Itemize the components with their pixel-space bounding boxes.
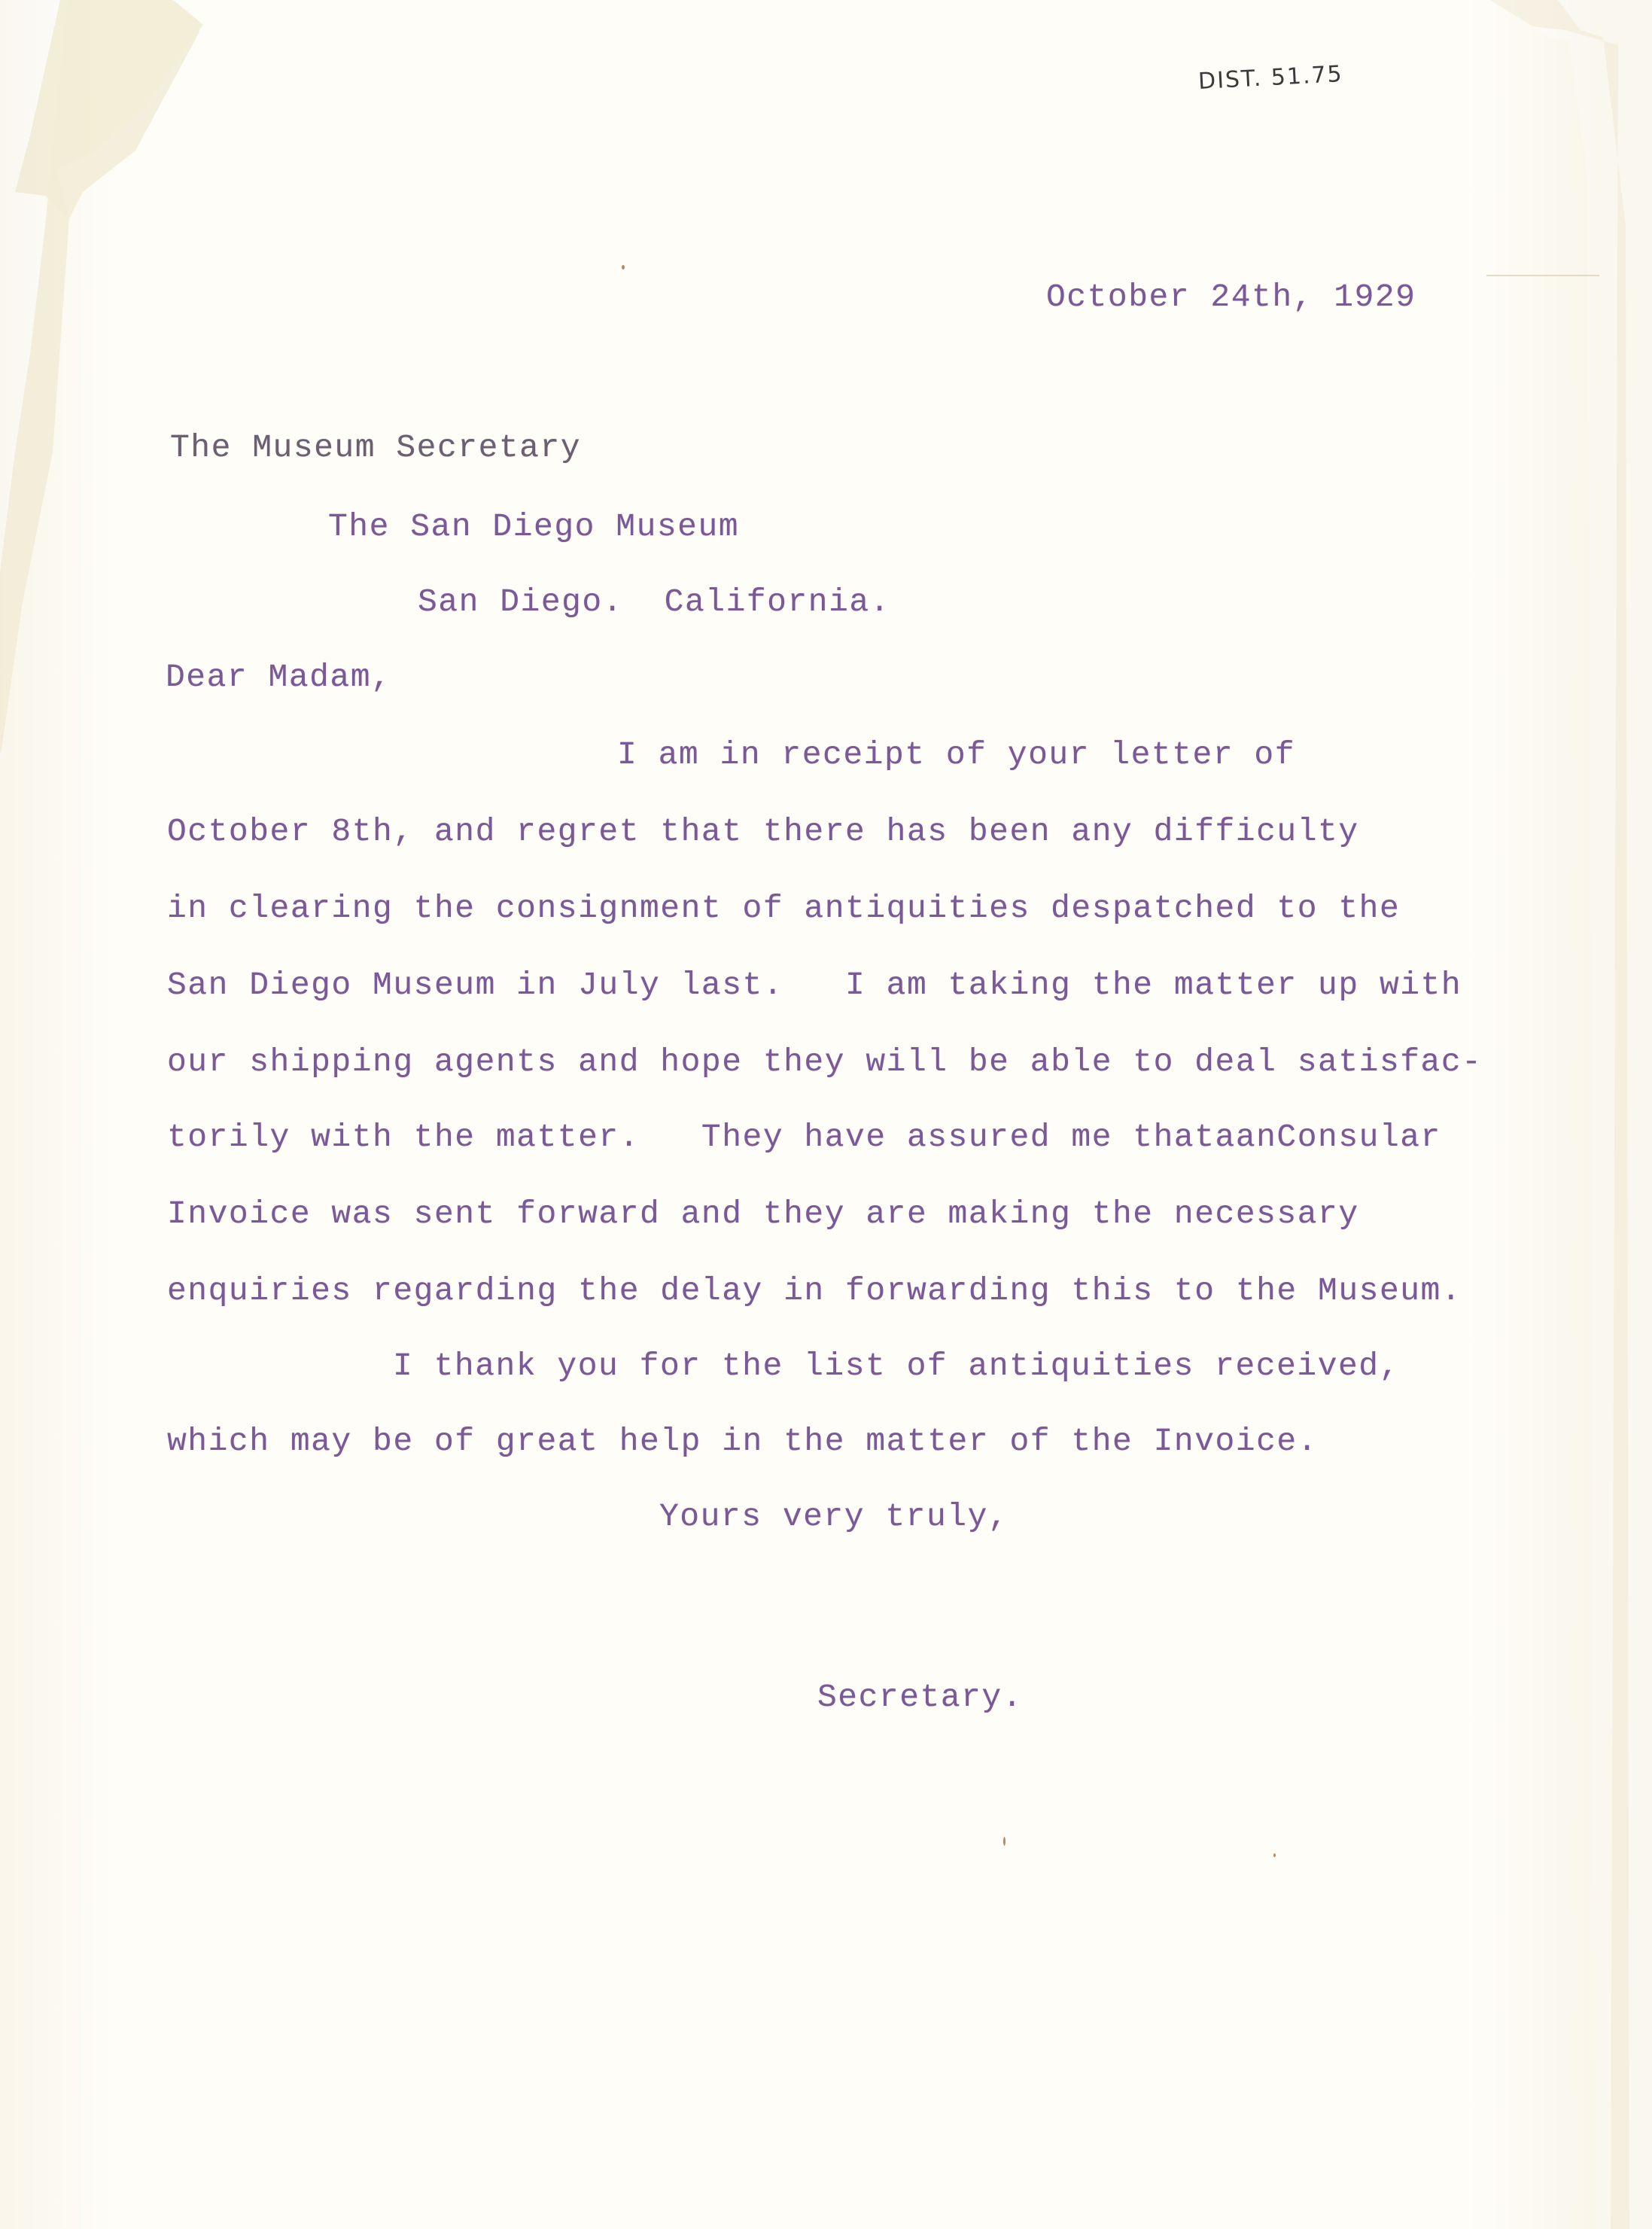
body-line: which may be of great help in the matter… [167, 1423, 1318, 1460]
recipient-line-2: The San Diego Museum [328, 508, 739, 545]
paper-speck [1273, 1853, 1276, 1857]
body-line: San Diego Museum in July last. I am taki… [167, 967, 1462, 1003]
closing: Yours very truly, [659, 1498, 1009, 1535]
body-line: I am in receipt of your letter of [617, 736, 1295, 773]
body-line: torily with the matter. They have assure… [167, 1119, 1441, 1156]
paper-fold-line [1486, 275, 1599, 276]
letter-page [0, 0, 1652, 2229]
recipient-line-3: San Diego. California. [418, 583, 890, 620]
paper-speck [622, 265, 625, 269]
body-line: October 8th, and regret that there has b… [167, 813, 1359, 850]
recipient-line-1: The Museum Secretary [170, 429, 581, 466]
letter-date: October 24th, 1929 [1046, 279, 1416, 315]
body-line: enquiries regarding the delay in forward… [167, 1272, 1462, 1309]
body-line: I thank you for the list of antiquities … [393, 1347, 1400, 1384]
signature-title: Secretary. [817, 1679, 1023, 1716]
body-line: Invoice was sent forward and they are ma… [167, 1195, 1359, 1232]
paper-speck [1003, 1837, 1005, 1846]
salutation: Dear Madam, [166, 659, 391, 696]
body-line: in clearing the consignment of antiquiti… [167, 890, 1400, 927]
body-line: our shipping agents and hope they will b… [167, 1043, 1482, 1080]
